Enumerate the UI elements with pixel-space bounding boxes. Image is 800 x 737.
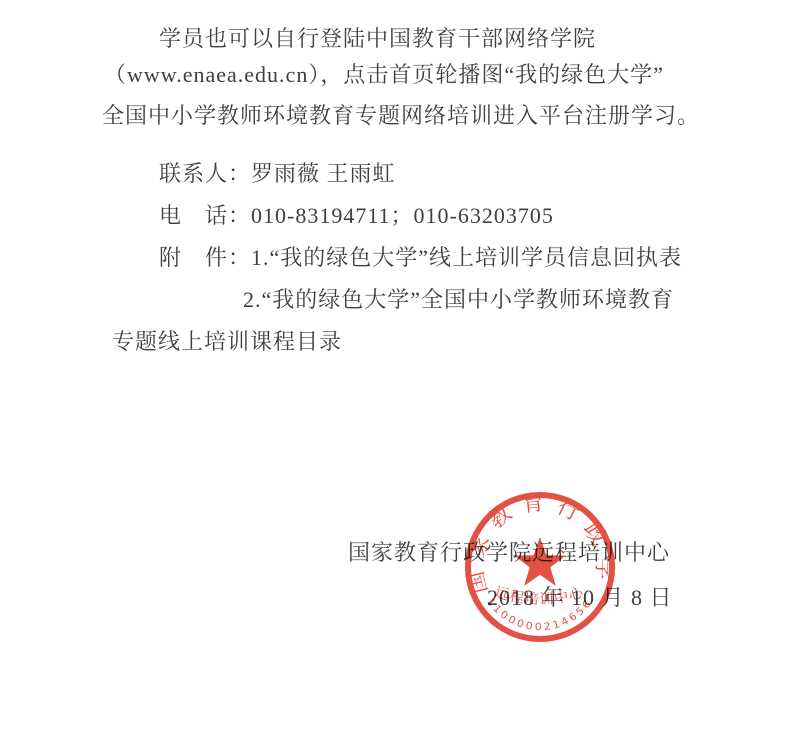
attachment-line-2: 2.“我的绿色大学”全国中小学教师环境教育	[243, 287, 674, 313]
attachment-line-3: 专题线上培训课程目录	[112, 329, 342, 355]
attachment-line-1: 附 件：1.“我的绿色大学”线上培训学员信息回执表	[159, 245, 682, 271]
paragraph-line-3: 全国中小学教师环境教育专题网络培训进入平台注册学习。	[102, 103, 700, 129]
document-page: 学员也可以自行登陆中国教育干部网络学院 （www.enaea.edu.cn），点…	[0, 0, 800, 737]
signature-date: 2018 年 10 月 8 日	[487, 585, 673, 611]
contact-phone-line: 电 话：010-83194711；010-63203705	[159, 203, 554, 229]
paragraph-line-2: （www.enaea.edu.cn），点击首页轮播图“我的绿色大学”	[104, 62, 664, 88]
signature-organization: 国家教育行政学院远程培训中心	[348, 540, 670, 566]
paragraph-line-1: 学员也可以自行登陆中国教育干部网络学院	[159, 26, 596, 52]
contact-person-line: 联系人：罗雨薇 王雨虹	[159, 161, 396, 187]
seal-outer-ring	[468, 495, 612, 639]
official-seal-stamp: 国家教育行政学院 远程培训中心 1100000214656	[454, 481, 626, 653]
